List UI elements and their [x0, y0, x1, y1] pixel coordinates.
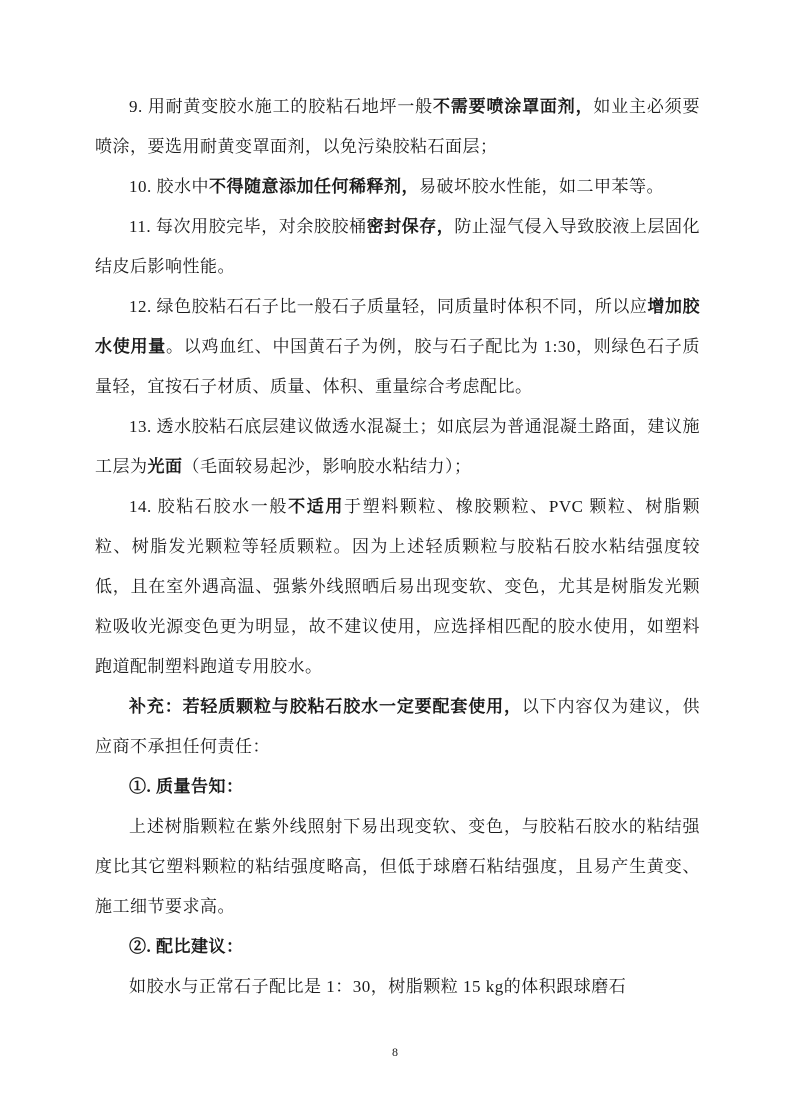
text-segment: 易破坏胶水性能，如二甲苯等。 — [419, 177, 664, 196]
ratio-suggestion-heading: ②. 配比建议： — [95, 927, 700, 967]
supplement-note: 补充：若轻质颗粒与胶粘石胶水一定要配套使用，以下内容仅为建议，供应商不承担任何责… — [95, 687, 700, 767]
item-10: 10. 胶水中不得随意添加任何稀释剂，易破坏胶水性能，如二甲苯等。 — [95, 167, 700, 207]
bold-text-segment: 不需要喷涂罩面剂， — [433, 97, 593, 116]
text-segment: 如胶水与正常石子配比是 1：30，树脂颗粒 15 kg的体积跟球磨石 — [129, 977, 626, 996]
item-12: 12. 绿色胶粘石石子比一般石子质量轻，同质量时体积不同，所以应增加胶水使用量。… — [95, 287, 700, 407]
text-segment: 于塑料颗粒、橡胶颗粒、PVC 颗粒、树脂颗粒、树脂发光颗粒等轻质颗粒。因为上述轻… — [95, 497, 700, 676]
bold-text-segment: ①. 质量告知： — [129, 777, 244, 796]
item-14: 14. 胶粘石胶水一般不适用于塑料颗粒、橡胶颗粒、PVC 颗粒、树脂颗粒、树脂发… — [95, 487, 700, 687]
document-page: 9. 用耐黄变胶水施工的胶粘石地坪一般不需要喷涂罩面剂，如业主必须要喷涂，要选用… — [0, 0, 790, 1117]
item-9: 9. 用耐黄变胶水施工的胶粘石地坪一般不需要喷涂罩面剂，如业主必须要喷涂，要选用… — [95, 87, 700, 167]
text-segment: 。以鸡血红、中国黄石子为例，胶与石子配比为 1:30，则绿色石子质量轻，宜按石子… — [95, 337, 700, 396]
bold-text-segment: 密封保存， — [367, 217, 455, 236]
quality-notice-heading: ①. 质量告知： — [95, 767, 700, 807]
bold-text-segment: ②. 配比建议： — [129, 937, 244, 956]
text-segment: 上述树脂颗粒在紫外线照射下易出现变软、变色，与胶粘石胶水的粘结强度比其它塑料颗粒… — [95, 817, 700, 916]
text-segment: （毛面较易起沙，影响胶水粘结力）； — [183, 457, 472, 476]
item-11: 11. 每次用胶完毕，对余胶胶桶密封保存，防止湿气侵入导致胶液上层固化结皮后影响… — [95, 207, 700, 287]
text-segment: 12. 绿色胶粘石石子比一般石子质量轻，同质量时体积不同，所以应 — [129, 297, 647, 316]
bold-text-segment: 不得随意添加任何稀释剂， — [209, 177, 419, 196]
text-segment: 9. 用耐黄变胶水施工的胶粘石地坪一般 — [129, 97, 433, 116]
bold-text-segment: 光面 — [148, 457, 183, 476]
ratio-suggestion-body: 如胶水与正常石子配比是 1：30，树脂颗粒 15 kg的体积跟球磨石 — [95, 967, 700, 1007]
item-13: 13. 透水胶粘石底层建议做透水混凝土；如底层为普通混凝土路面，建议施工层为光面… — [95, 407, 700, 487]
text-segment: 10. 胶水中 — [129, 177, 209, 196]
document-body: 9. 用耐黄变胶水施工的胶粘石地坪一般不需要喷涂罩面剂，如业主必须要喷涂，要选用… — [95, 87, 700, 1007]
bold-text-segment: 补充：若轻质颗粒与胶粘石胶水一定要配套使用， — [129, 697, 522, 716]
page-footer: 8 — [0, 1045, 790, 1059]
text-segment: 11. 每次用胶完毕，对余胶胶桶 — [129, 217, 367, 236]
page-number: 8 — [392, 1045, 398, 1059]
bold-text-segment: 不适用 — [288, 497, 344, 516]
text-segment: 14. 胶粘石胶水一般 — [129, 497, 288, 516]
quality-notice-body: 上述树脂颗粒在紫外线照射下易出现变软、变色，与胶粘石胶水的粘结强度比其它塑料颗粒… — [95, 807, 700, 927]
